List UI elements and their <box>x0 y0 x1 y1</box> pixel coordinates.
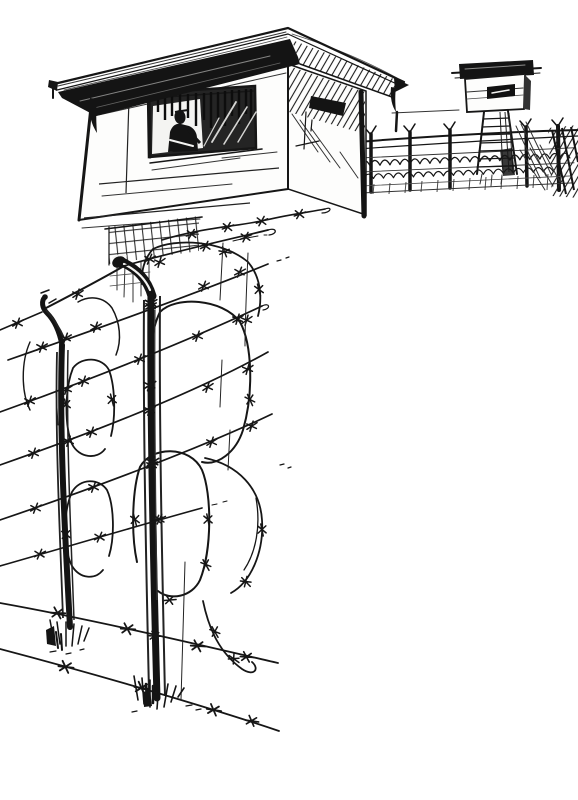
barbed-wire-strand <box>0 352 268 465</box>
ink-sketch-illustration: Prison watchtower with barbed-wire fence… <box>0 0 578 800</box>
distant-wire-line <box>392 110 459 113</box>
coil-ring <box>66 360 114 456</box>
barbed-wire-strand <box>0 305 269 412</box>
post-arm <box>122 262 152 296</box>
corner-post <box>361 92 364 216</box>
distant-pillar <box>477 111 517 186</box>
coil-ring <box>151 302 250 463</box>
coil-ring <box>205 458 262 593</box>
wall-coil-scallops <box>360 148 577 193</box>
perimeter-wall <box>357 110 578 198</box>
guard-tower <box>48 28 409 302</box>
coil-ring <box>78 298 119 355</box>
barbed-wire-strand <box>0 414 272 520</box>
sketch-canvas: Prison watchtower with barbed-wire fence… <box>0 0 578 800</box>
distant-cabin-side <box>524 74 531 110</box>
eave-drip-right <box>391 87 396 112</box>
coil-ring <box>203 601 256 672</box>
barbed-wire-strand <box>0 603 278 663</box>
